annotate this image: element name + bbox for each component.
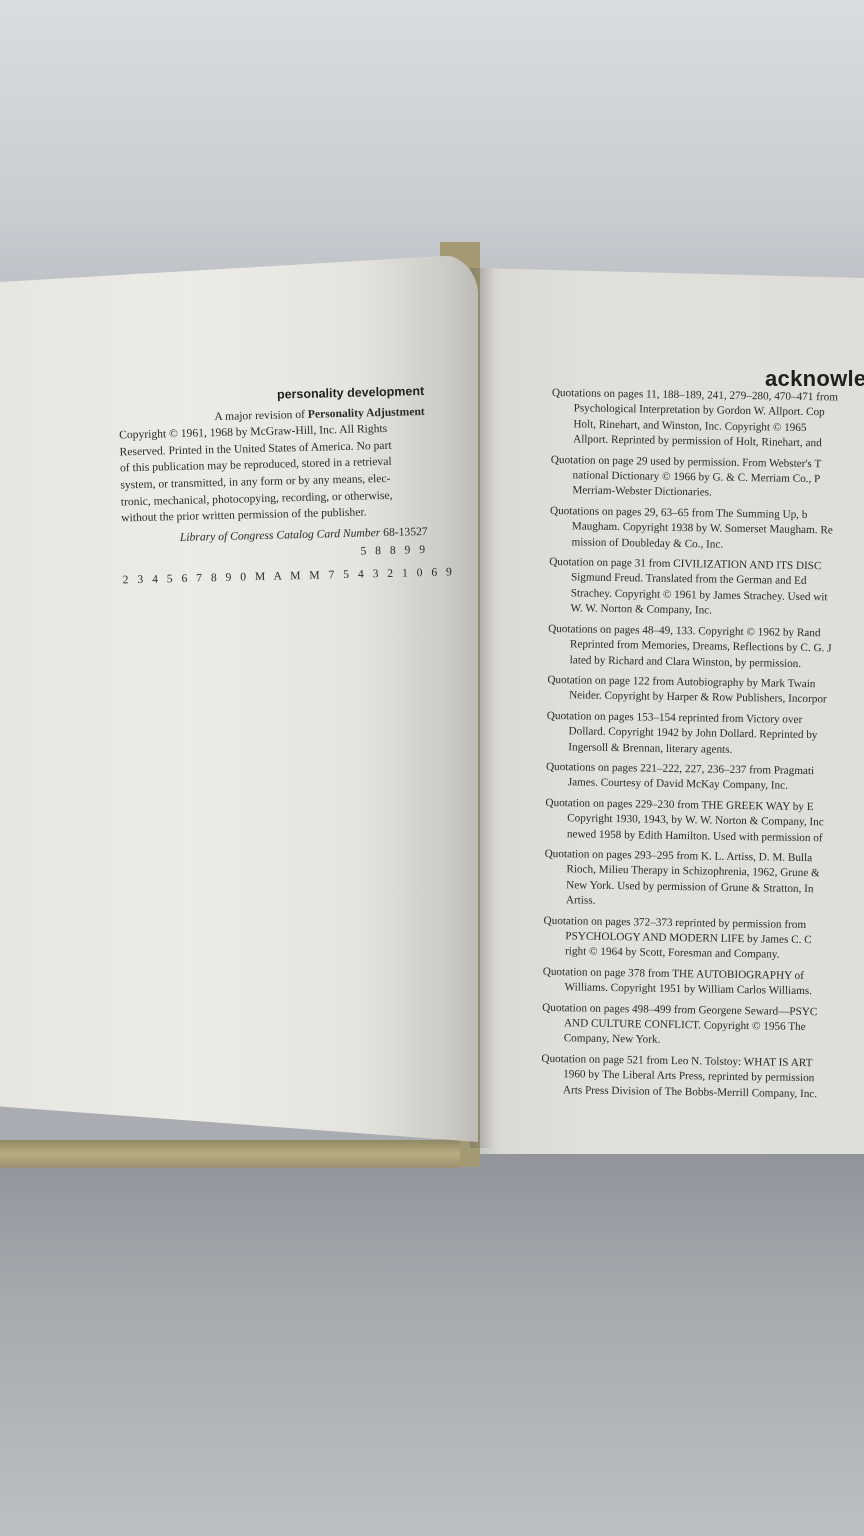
copyright-block: personality development A major revision… <box>118 383 429 589</box>
lccn-label: Library of Congress Catalog Card Number <box>180 526 381 544</box>
book-cover-bottom-edge <box>0 1140 460 1168</box>
right-page <box>480 268 864 1154</box>
revision-prefix: A major revision of <box>214 407 308 422</box>
table-surface-foreground <box>0 1140 864 1536</box>
revision-title: Personality Adjustment <box>308 405 425 421</box>
lccn-number: 68-13527 <box>383 525 428 539</box>
